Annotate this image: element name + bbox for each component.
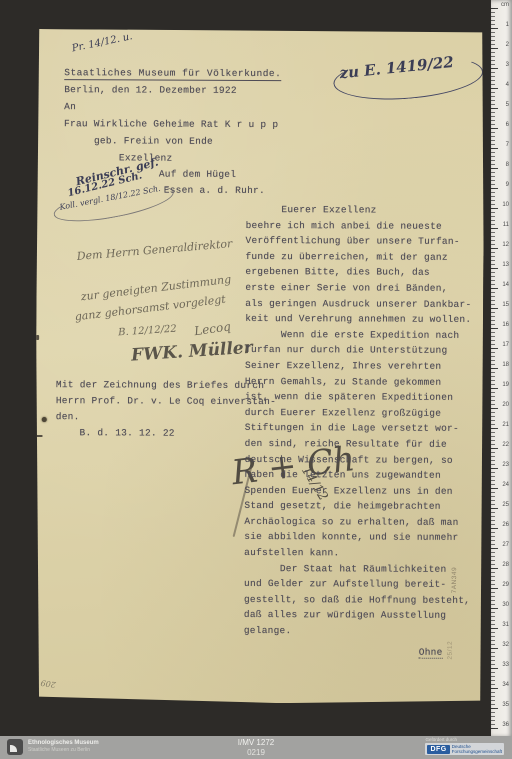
ruler-label: 5 — [497, 102, 509, 108]
cm-ruler: cm12345678910111213141516171819202122232… — [491, 0, 512, 737]
ruler-label: 24 — [497, 482, 509, 488]
ruler-label: 28 — [497, 562, 509, 568]
letter-body-line: haben die letzten uns zugewandten — [244, 467, 482, 484]
ruler-label: 22 — [497, 442, 509, 448]
ruler-label: 30 — [497, 602, 509, 608]
margin-mark-right-lower: 25/12 — [447, 641, 454, 660]
ruler-label: 36 — [497, 722, 509, 728]
ruler-label: 6 — [497, 122, 509, 128]
funding-pre-label: Gefördert durch — [425, 737, 504, 742]
scanned-letter-page: Pr. 14/12. u. zu E. 1419/22 Staatliches … — [35, 29, 485, 704]
letter-body-line: deutsche Wissenschaft zu bergen, so — [245, 451, 483, 468]
letter-body-line: und Gelder zur Aufstellung bereit- — [244, 576, 482, 593]
ruler-label: 34 — [497, 682, 509, 688]
edge-arrow-mark — [36, 435, 43, 437]
signature-mueller: FWK. Müller — [131, 338, 254, 366]
ruler-label: 7 — [497, 142, 509, 148]
ruler-label: 23 — [497, 462, 509, 468]
dfg-logo: DFG Deutsche Forschungsgemeinschaft — [425, 743, 504, 755]
dfg-name: Deutsche Forschungsgemeinschaft — [452, 744, 502, 754]
letterhead-museum: Staatliches Museum für Völkerkunde. — [64, 67, 281, 81]
approval-note-1: Dem Herrn Generaldirektor — [76, 237, 233, 263]
letter-body-line: Stand gesetzt, die heimgebrachten — [244, 498, 482, 515]
letter-body-line: Seiner Exzellenz, Ihres verehrten — [245, 358, 483, 375]
letter-body-line: Der Staat hat Räumlichkeiten — [244, 561, 482, 578]
viewer-footer: Ethnologisches Museum Staatliche Museen … — [0, 736, 512, 759]
letter-body-line: Spenden Euerer Exzellenz uns in den — [244, 483, 482, 500]
edge-speck — [36, 335, 39, 340]
letter-body-line: beehre ich mich anbei die neueste — [246, 218, 484, 235]
letter-body-line: durch Euerer Exzellenz großzügige — [245, 405, 483, 422]
agreement-note: Mit der Zeichnung des Briefes durchHerrn… — [56, 377, 276, 442]
ruler-label: 29 — [497, 582, 509, 588]
punch-hole — [42, 417, 47, 422]
recipient-born-name: geb. Freiin von Ende — [94, 135, 213, 147]
ruler-label: 31 — [497, 622, 509, 628]
dfg-logo-icon: DFG — [427, 745, 449, 754]
letter-body-line: ist, wenn die späteren Expeditionen — [245, 389, 483, 406]
letter-body: Euerer Exzellenzbeehre ich mich anbei di… — [244, 202, 484, 640]
letter-body-line: als geringen Ausdruck unserer Dankbar- — [245, 295, 483, 312]
ruler-label: 13 — [497, 262, 509, 268]
ruler-label: 2 — [497, 42, 509, 48]
letter-body-line: Euerer Exzellenz — [246, 202, 484, 219]
ruler-label: 10 — [497, 202, 509, 208]
ruler-label: 21 — [497, 422, 509, 428]
ruler-label: 8 — [497, 162, 509, 168]
ruler-label: 33 — [497, 662, 509, 668]
ruler-label: 35 — [497, 702, 509, 708]
ruler-label: 3 — [497, 62, 509, 68]
ruler-label: 12 — [497, 242, 509, 248]
margin-mark-right: 7AN349 — [451, 567, 458, 594]
letterhead-an: An — [64, 101, 76, 112]
letter-body-line: Veröffentlichung über unsere Turfan- — [246, 233, 484, 250]
approval-note-date: B. 12/12/22 — [118, 324, 177, 339]
agreement-note-line: Mit der Zeichnung des Briefes durch — [56, 377, 276, 394]
agreement-note-line: B. d. 13. 12. 22 — [56, 425, 276, 442]
ruler-label: 27 — [497, 542, 509, 548]
ruler-label: 17 — [497, 342, 509, 348]
ruler-label: 32 — [497, 642, 509, 648]
ruler-label: 16 — [497, 322, 509, 328]
letter-body-line: funde zu überreichen, mit der ganz — [245, 249, 483, 266]
agreement-note-line: Herrn Prof. Dr. v. Le Coq einverstan- — [56, 393, 276, 410]
dfg-name-line2: Forschungsgemeinschaft — [452, 749, 502, 754]
letter-body-line: erste einer Serie von drei Bänden, — [245, 280, 483, 297]
letter-body-line: gelange. — [244, 623, 482, 640]
letter-body-line: Wenn die erste Expedition nach — [245, 327, 483, 344]
ruler-label: 26 — [497, 522, 509, 528]
letter-body-line: daß alles zur würdigen Ausstellung — [244, 607, 482, 624]
ruler-label: 25 — [497, 502, 509, 508]
letter-body-line: Herrn Gemahls, zu Stande gekommen — [245, 373, 483, 390]
letter-body-line: ergebenen Bitte, dies Buch, das — [245, 264, 483, 281]
ruler-label: 15 — [497, 302, 509, 308]
recipient-address-2: Essen a. d. Ruhr. — [164, 185, 265, 196]
ruler-label: 14 — [497, 282, 509, 288]
signature-lecoq: Lecoq — [193, 319, 231, 338]
letter-body-line: sie abbilden konnte, und sie nunmehr — [244, 529, 482, 546]
ruler-label: 18 — [497, 362, 509, 368]
ruler-label: 9 — [497, 182, 509, 188]
pencil-top-note: Pr. 14/12. u. — [71, 31, 134, 54]
letter-body-line: Stiftungen in die Lage versetzt wor- — [245, 420, 483, 437]
ruler-label: 20 — [497, 402, 509, 408]
catchword: Ohne — [419, 647, 443, 659]
ruler-label: 11 — [497, 222, 509, 228]
ruler-label: 4 — [497, 82, 509, 88]
letter-body-line: keit und Verehrung annehmen zu wollen. — [245, 311, 483, 328]
letter-body-line: gestellt, so daß die Hoffnung besteht, — [244, 592, 482, 609]
letter-body-line: aufstellen kann. — [244, 545, 482, 562]
letter-body-line: Turfan nur durch die Unterstützung — [245, 342, 483, 359]
ruler-label: cm — [497, 2, 509, 8]
letter-body-line: Archäologica so zu erhalten, daß man — [244, 514, 482, 531]
recipient-address-1: Auf dem Hügel — [159, 169, 236, 180]
letterhead-dateline: Berlin, den 12. Dezember 1922 — [64, 84, 237, 96]
margin-mark-bottom-left: 209 — [40, 678, 56, 689]
funding-block: Gefördert durch DFG Deutsche Forschungsg… — [425, 737, 504, 755]
recipient-name: Frau Wirkliche Geheime Rat K r u p p — [64, 118, 278, 130]
ruler-label: 19 — [497, 382, 509, 388]
letter-body-line: den sind, reiche Resultate für die — [245, 436, 483, 453]
ruler-label: 1 — [497, 22, 509, 28]
agreement-note-line: den. — [56, 409, 276, 426]
